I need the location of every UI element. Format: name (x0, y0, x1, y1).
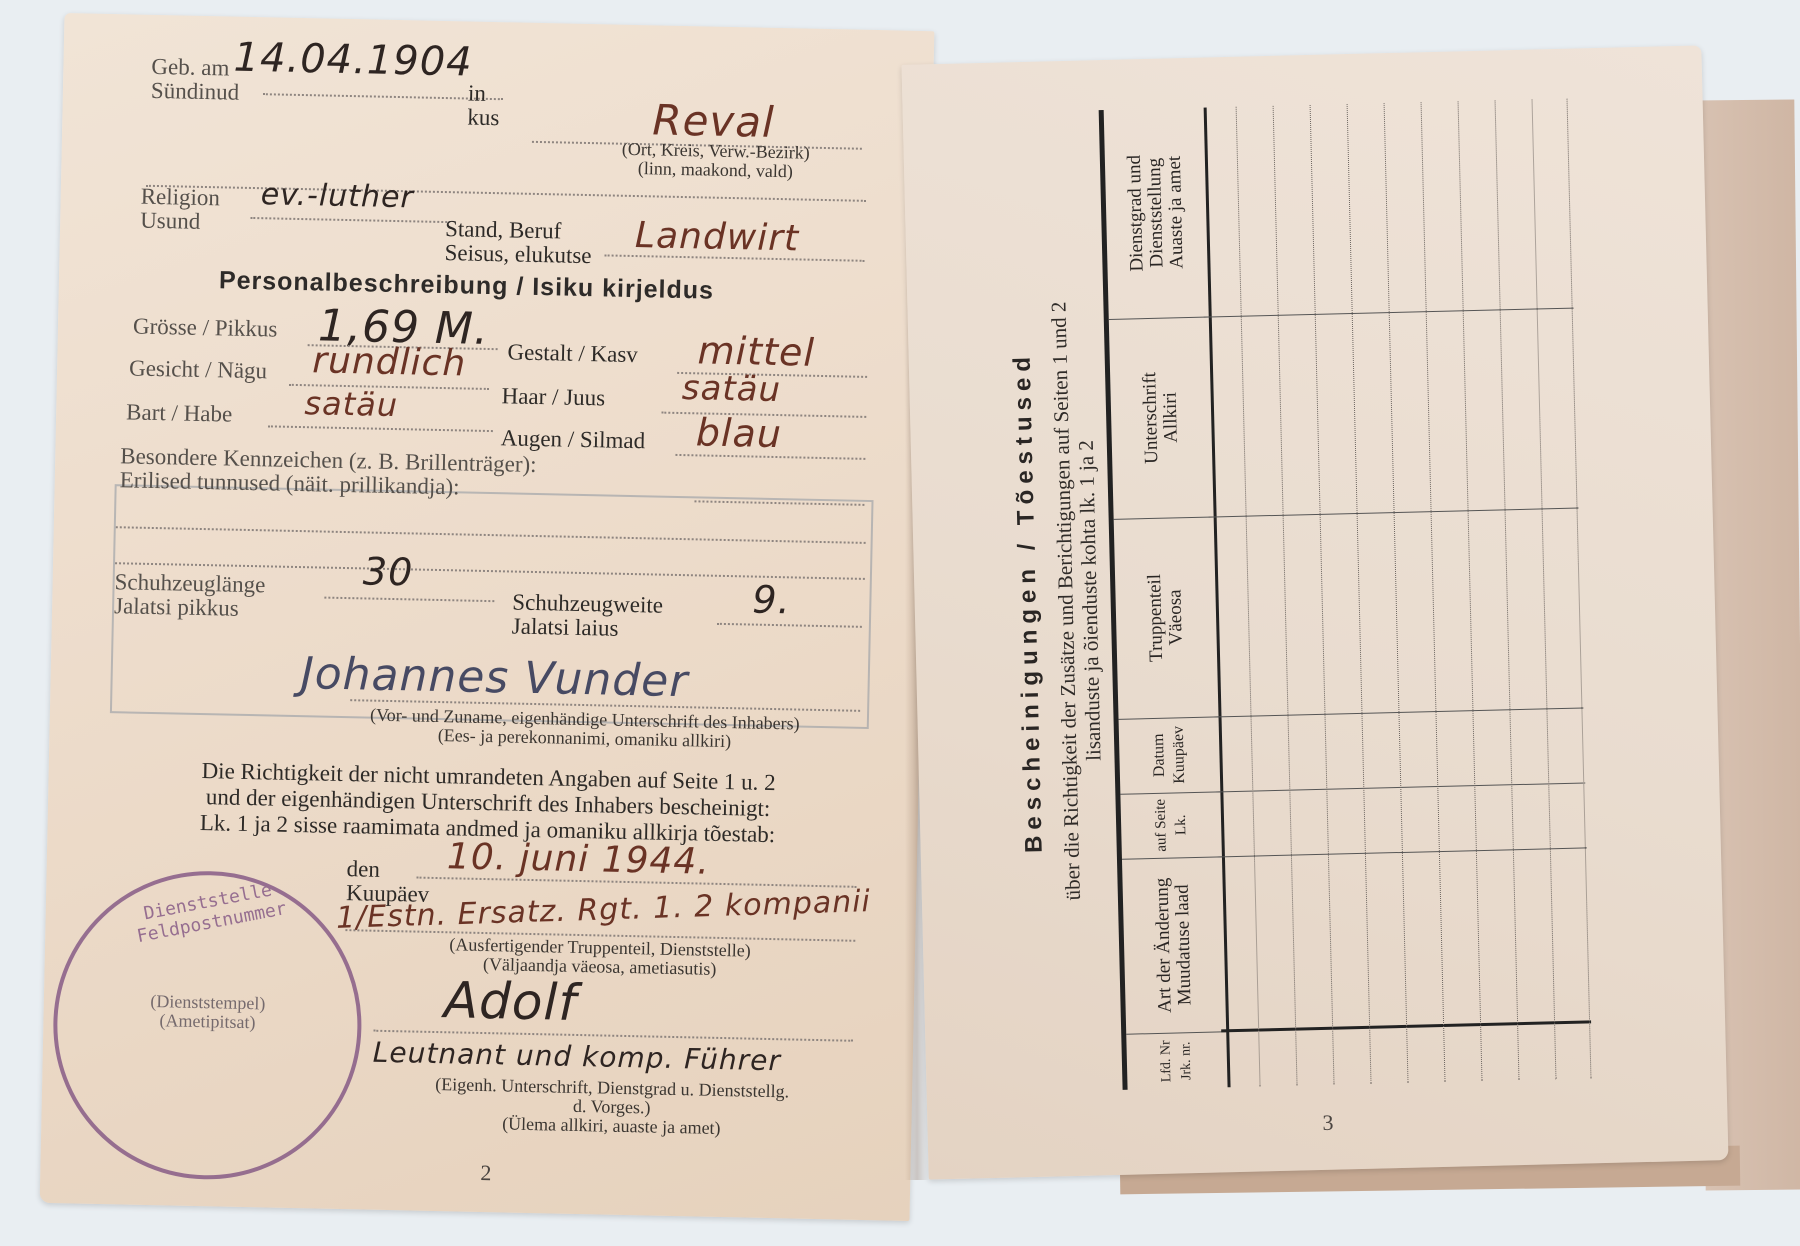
col-rank-et: Auaste ja amet (1164, 107, 1189, 317)
religion-label-de: Religion (140, 185, 220, 211)
eyes-value: blau (695, 410, 782, 456)
birth-place-label: in kus (467, 81, 500, 130)
beard-label: Bart / Habe (126, 400, 232, 426)
date-label-de: den (346, 857, 430, 883)
col-unit-et: Väeosa (1165, 573, 1187, 661)
col-header-page: auf SeiteLk. (1120, 791, 1222, 859)
stamp-label-et: (Ametipitsat) (117, 1010, 297, 1033)
birth-label-de: Geb. am (151, 55, 240, 81)
col-unit-de: Truppenteil (1145, 574, 1167, 662)
special-marks-label: Besondere Kennzeichen (z. B. Brillenträg… (120, 444, 537, 501)
birth-date-value: 14.04.1904 (233, 35, 473, 86)
officer-caption: (Eigenh. Unterschrift, Dienstgrad u. Die… (361, 1073, 862, 1140)
shoe-length-value: 30 (362, 549, 413, 594)
table-header: Lfd. NrJrk. nr. Art der ÄnderungMuudatus… (1099, 107, 1231, 1089)
table-row (1347, 104, 1372, 1084)
table-row (1567, 99, 1592, 1079)
col-page-et: Lk. (1171, 798, 1192, 851)
birth-place-hint: (Ort, Kreis, Verw.-Bezirk) (linn, maakon… (621, 140, 810, 182)
page-number-right: 3 (1322, 1110, 1334, 1136)
divider-line (146, 185, 866, 202)
right-page: Bescheinigungen / Tõestused über die Ric… (901, 45, 1728, 1179)
religion-line (250, 217, 450, 223)
officer-rank: Leutnant und komp. Führer (373, 1036, 782, 1078)
table-row (1273, 106, 1298, 1086)
officer-signature: Adolf (443, 971, 577, 1032)
table-row (1421, 102, 1446, 1082)
col-header-number: Lfd. NrJrk. nr. (1126, 1032, 1227, 1089)
certification-text: Die Richtigkeit der nicht umrandeten Ang… (97, 756, 878, 850)
col-number-de: Lfd. Nr (1156, 1040, 1177, 1082)
table-row (1236, 107, 1261, 1087)
face-label: Gesicht / Nägu (129, 356, 267, 383)
shoe-width-value: 9. (752, 578, 791, 623)
col-date-et: Kuupäev (1169, 726, 1190, 784)
birth-place-hint-et: (linn, maakond, vald) (621, 159, 809, 182)
height-label: Grösse / Pikkus (133, 315, 278, 342)
page-number-left: 2 (480, 1160, 492, 1186)
issuing-unit-caption: (Ausfertigender Truppenteil, Dienststell… (345, 933, 856, 982)
hair-label: Haar / Juus (501, 384, 605, 410)
table-row (1384, 103, 1409, 1083)
table-row (1495, 100, 1520, 1080)
col-signature-de: Unterschrift (1140, 372, 1162, 464)
description-title: Personalbeschreibung / Isiku kirjeldus (219, 266, 715, 305)
birth-place-label-et: kus (467, 105, 499, 130)
col-header-date: DatumKuupäev (1119, 716, 1221, 794)
col-header-rank: Dienstgrad und DienststellungAuaste ja a… (1104, 107, 1209, 320)
profession-label: Stand, Beruf Seisus, elukutse (444, 217, 592, 268)
col-header-signature: UnterschriftAllkiri (1109, 317, 1214, 520)
table-row (1458, 101, 1483, 1081)
col-date-de: Datum (1149, 726, 1170, 784)
profession-value: Landwirt (635, 215, 800, 259)
col-change-et: Muudatuse laad (1172, 877, 1195, 1013)
religion-label-et: Usund (140, 209, 220, 235)
left-page: Geb. am Sündinud 14.04.1904 in kus Reval… (40, 13, 935, 1221)
hair-value: satäu (681, 368, 781, 410)
face-value: rundlich (312, 340, 467, 384)
religion-label: Religion Usund (140, 185, 220, 235)
religion-value: ev.-luther (260, 177, 414, 215)
shoe-length-label: Schuhzeuglänge Jalatsi pikkus (114, 570, 266, 621)
table-row (1310, 105, 1335, 1085)
col-page-de: auf Seite (1151, 799, 1172, 852)
date-value: 10. juni 1944. (447, 836, 711, 882)
official-stamp: Dienststelle Feldpostnummer (Dienststemp… (50, 868, 364, 1182)
col-signature-et: Allkiri (1160, 371, 1182, 463)
birth-label: Geb. am Sündinud (151, 55, 240, 105)
birth-place-label-de: in (468, 81, 500, 106)
certifications-table-rotated: Bescheinigungen / Tõestused über die Ric… (1003, 99, 1587, 1092)
shoe-width-label: Schuhzeugweite Jalatsi laius (512, 591, 664, 642)
shoe-length-label-et: Jalatsi pikkus (114, 594, 265, 621)
beard-line (268, 425, 493, 432)
col-header-unit: TruppenteilVäeosa (1114, 516, 1219, 719)
col-header-change-type: Art der ÄnderungMuudatuse laad (1122, 856, 1226, 1034)
eyes-label: Augen / Silmad (500, 426, 645, 453)
shoe-width-label-et: Jalatsi laius (512, 615, 663, 642)
col-rank-de: Dienstgrad und Dienststellung (1124, 108, 1169, 319)
table-row (1532, 100, 1557, 1080)
stamp-label: (Dienststempel) (Ametipitsat) (117, 991, 298, 1033)
stamp-ring-text: Dienststelle Feldpostnummer (98, 871, 322, 953)
build-label: Gestalt / Kasv (507, 340, 638, 367)
beard-value: satäu (304, 384, 398, 424)
profession-label-et: Seisus, elukutse (444, 241, 591, 268)
certifications-table: Lfd. NrJrk. nr. Art der ÄnderungMuudatus… (1099, 99, 1593, 1090)
col-number-et: Jrk. nr. (1176, 1040, 1197, 1082)
birth-label-et: Sündinud (151, 79, 240, 105)
